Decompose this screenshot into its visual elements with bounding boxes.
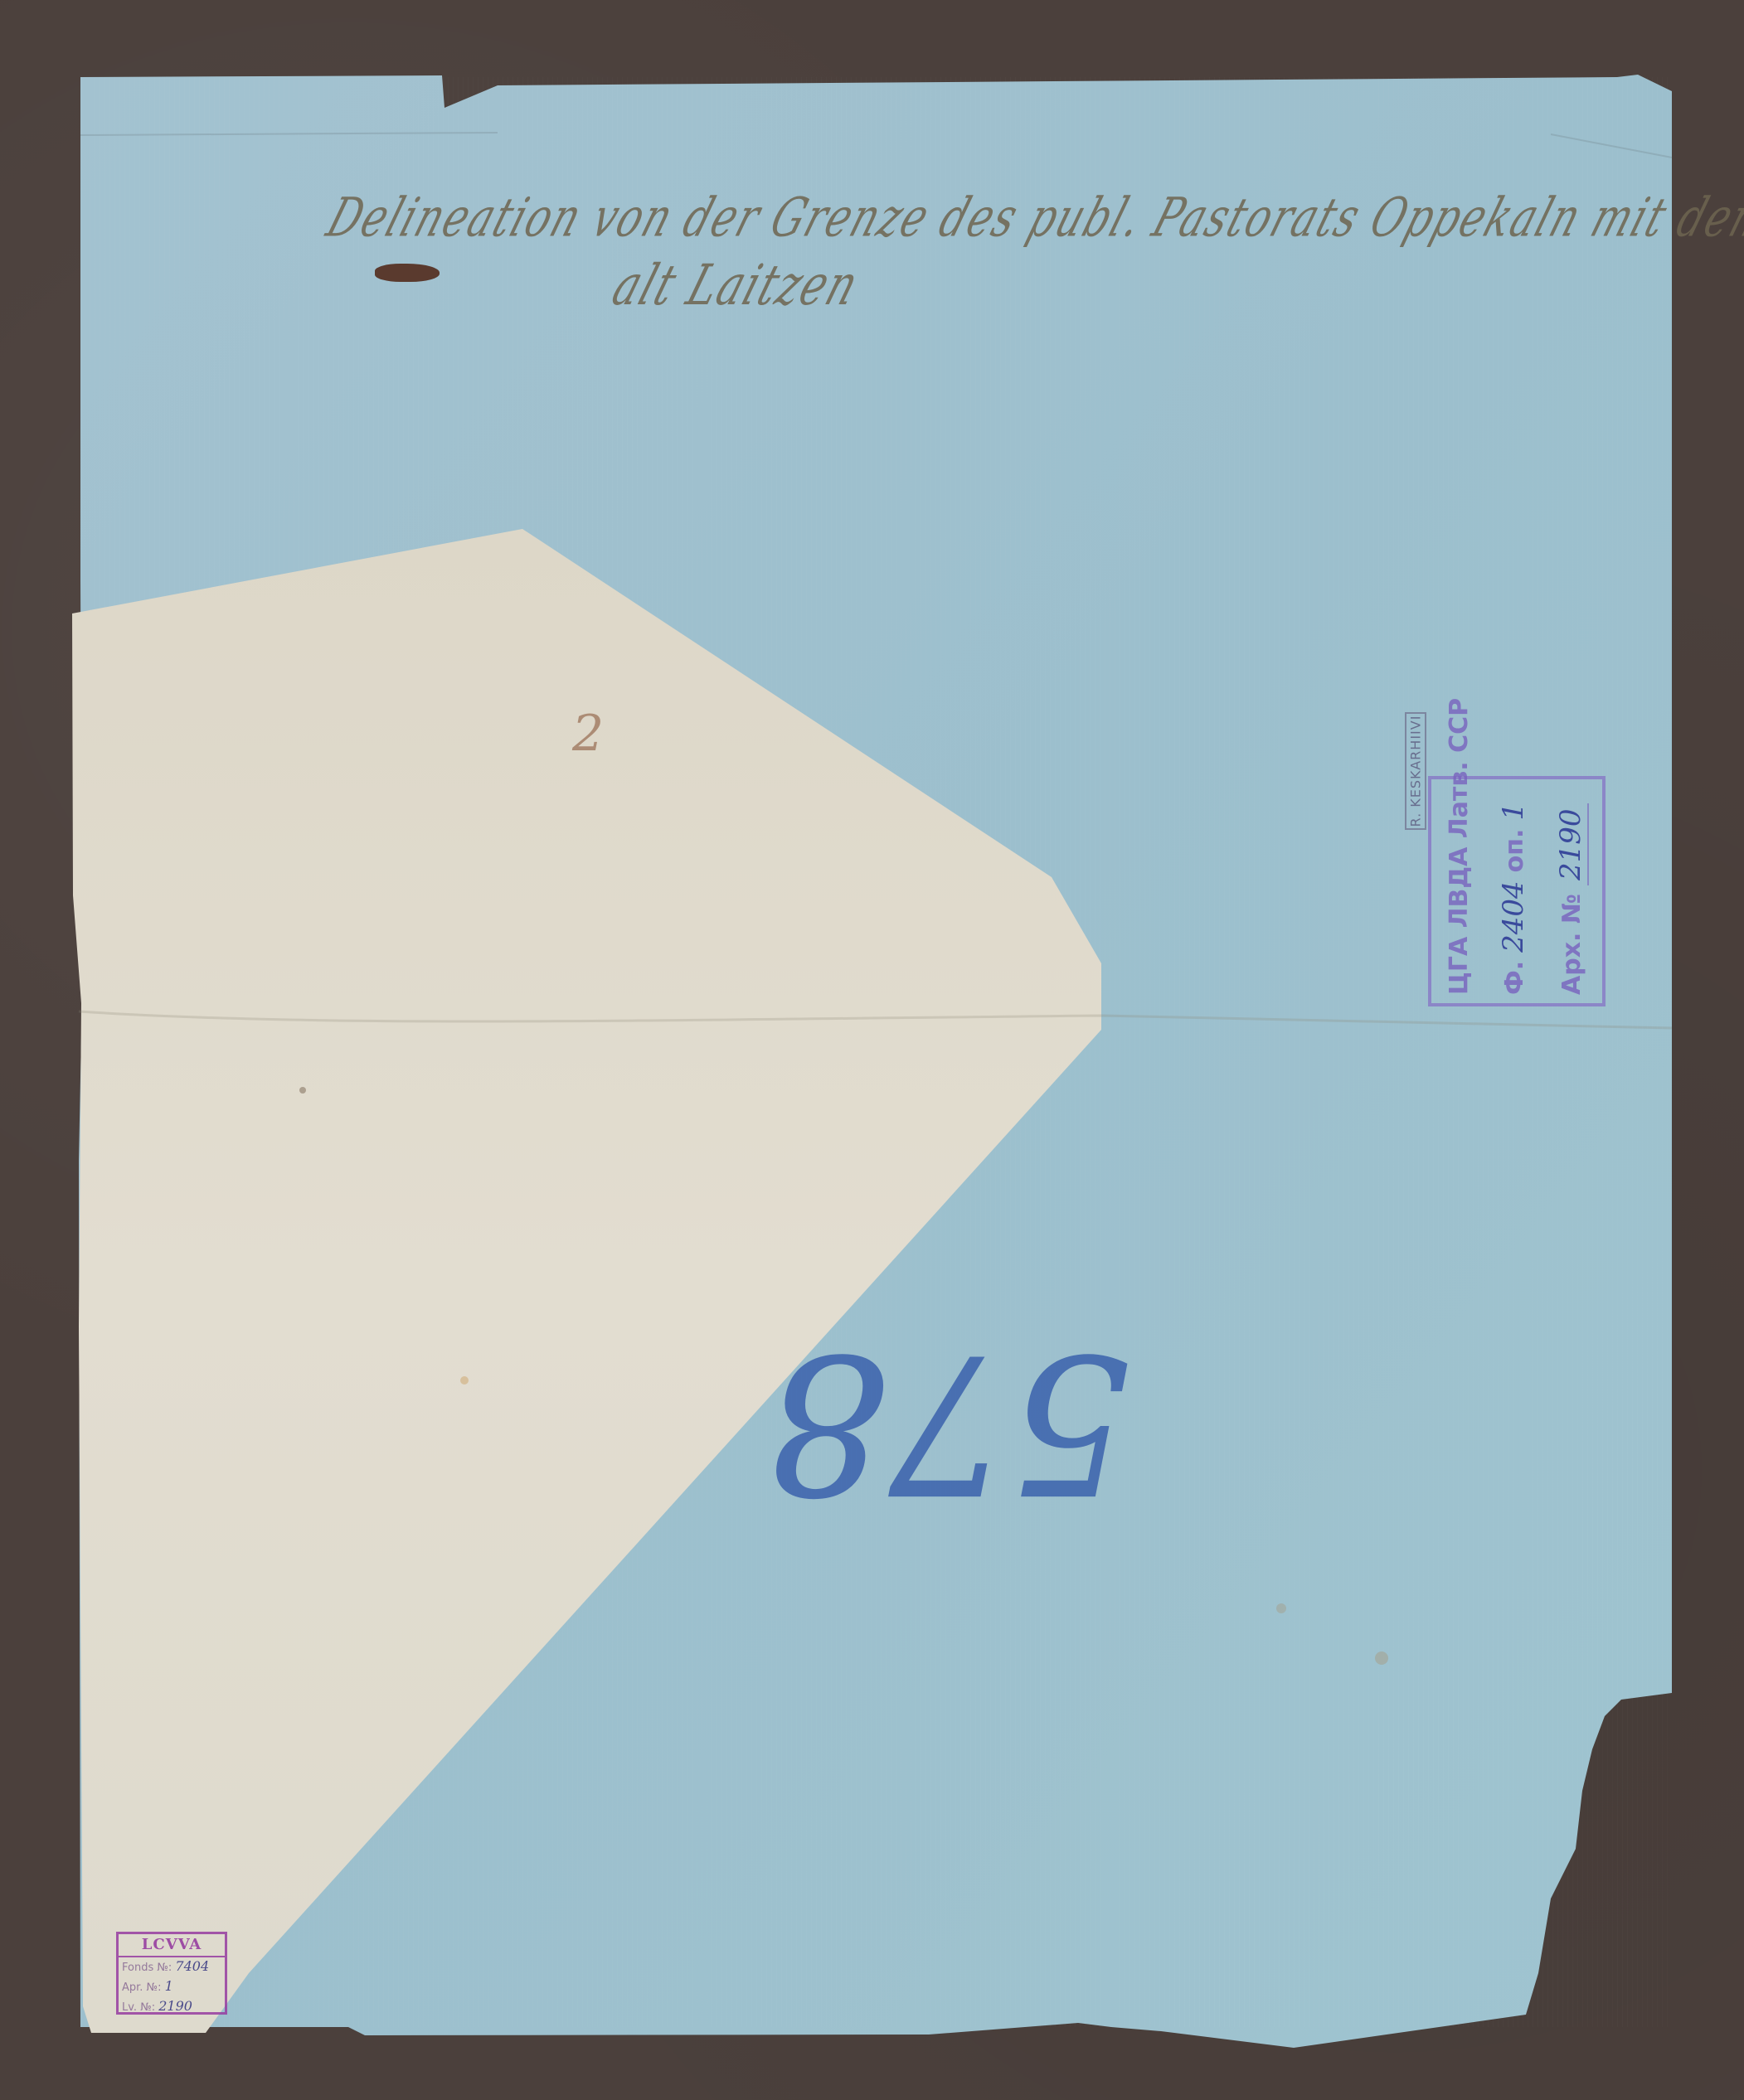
lcvva-stamp: LCVVA Fonds №: 7404 Apr. №: 1 Lv. №: 219… xyxy=(116,1932,227,2015)
stamp-ru-line-3: Арх. № 2190 xyxy=(1554,788,1589,995)
stamp-ru-line-1: ЦГА ЛВДА Латв. ССР xyxy=(1445,788,1474,995)
faint-brown-mark: 2 xyxy=(572,705,604,763)
lcvva-apr-row: Apr. №: 1 xyxy=(119,1977,225,1997)
keskarhiiv-stamp: R. KESKARHIIVI xyxy=(1405,712,1426,830)
lcvva-inv-row: Lv. №: 2190 xyxy=(119,1997,225,2017)
ink-blot xyxy=(375,264,440,282)
stamp-arch-value: 2190 xyxy=(1554,803,1589,885)
blue-pencil-number: 578 xyxy=(767,1326,1131,1517)
keskarhiiv-stamp-text: R. KESKARHIIVI xyxy=(1408,715,1424,827)
handwritten-title-line-1: Delineation von der Grenze des publ. Pas… xyxy=(319,187,1744,250)
stamp-fond-value: 2404 xyxy=(1497,880,1530,953)
document-sheet xyxy=(0,0,1744,2100)
archive-stamp-ru: ЦГА ЛВДА Латв. ССР Ф. 2404 оп. 1 Арх. № … xyxy=(1428,776,1606,1006)
stamp-op-value: 1 xyxy=(1497,803,1530,821)
lcvva-fonds-row: Fonds №: 7404 xyxy=(119,1957,225,1977)
handwritten-title-line-2: alt Laitzen xyxy=(605,253,867,318)
stamp-ru-line-2: Ф. 2404 оп. 1 xyxy=(1497,788,1530,995)
lcvva-stamp-header: LCVVA xyxy=(119,1934,225,1957)
